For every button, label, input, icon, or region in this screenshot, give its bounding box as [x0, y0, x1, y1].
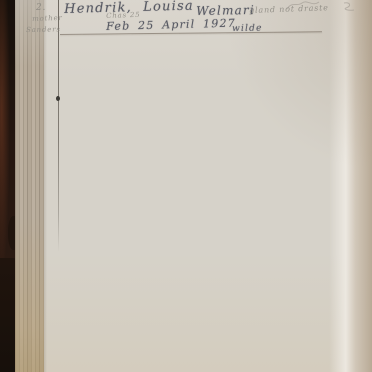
pencil-squiggle-icon — [342, 1, 356, 13]
margin-rule-line — [58, 0, 59, 252]
pencil-squiggle-icon — [286, 0, 320, 12]
ledger-page-photo: 2. Hendrik, Louisa Welmari gland not dra… — [0, 0, 372, 372]
ledger-page — [44, 0, 372, 372]
note-mother: mother — [32, 14, 63, 23]
trailing-word: wilde — [232, 23, 263, 34]
entry-middle-name: Welmari — [196, 3, 255, 18]
page-edge-stack — [15, 0, 45, 372]
ink-dot — [56, 96, 60, 101]
note-sanders: Sanders — [26, 25, 61, 34]
margin-number: 2. — [36, 3, 46, 13]
